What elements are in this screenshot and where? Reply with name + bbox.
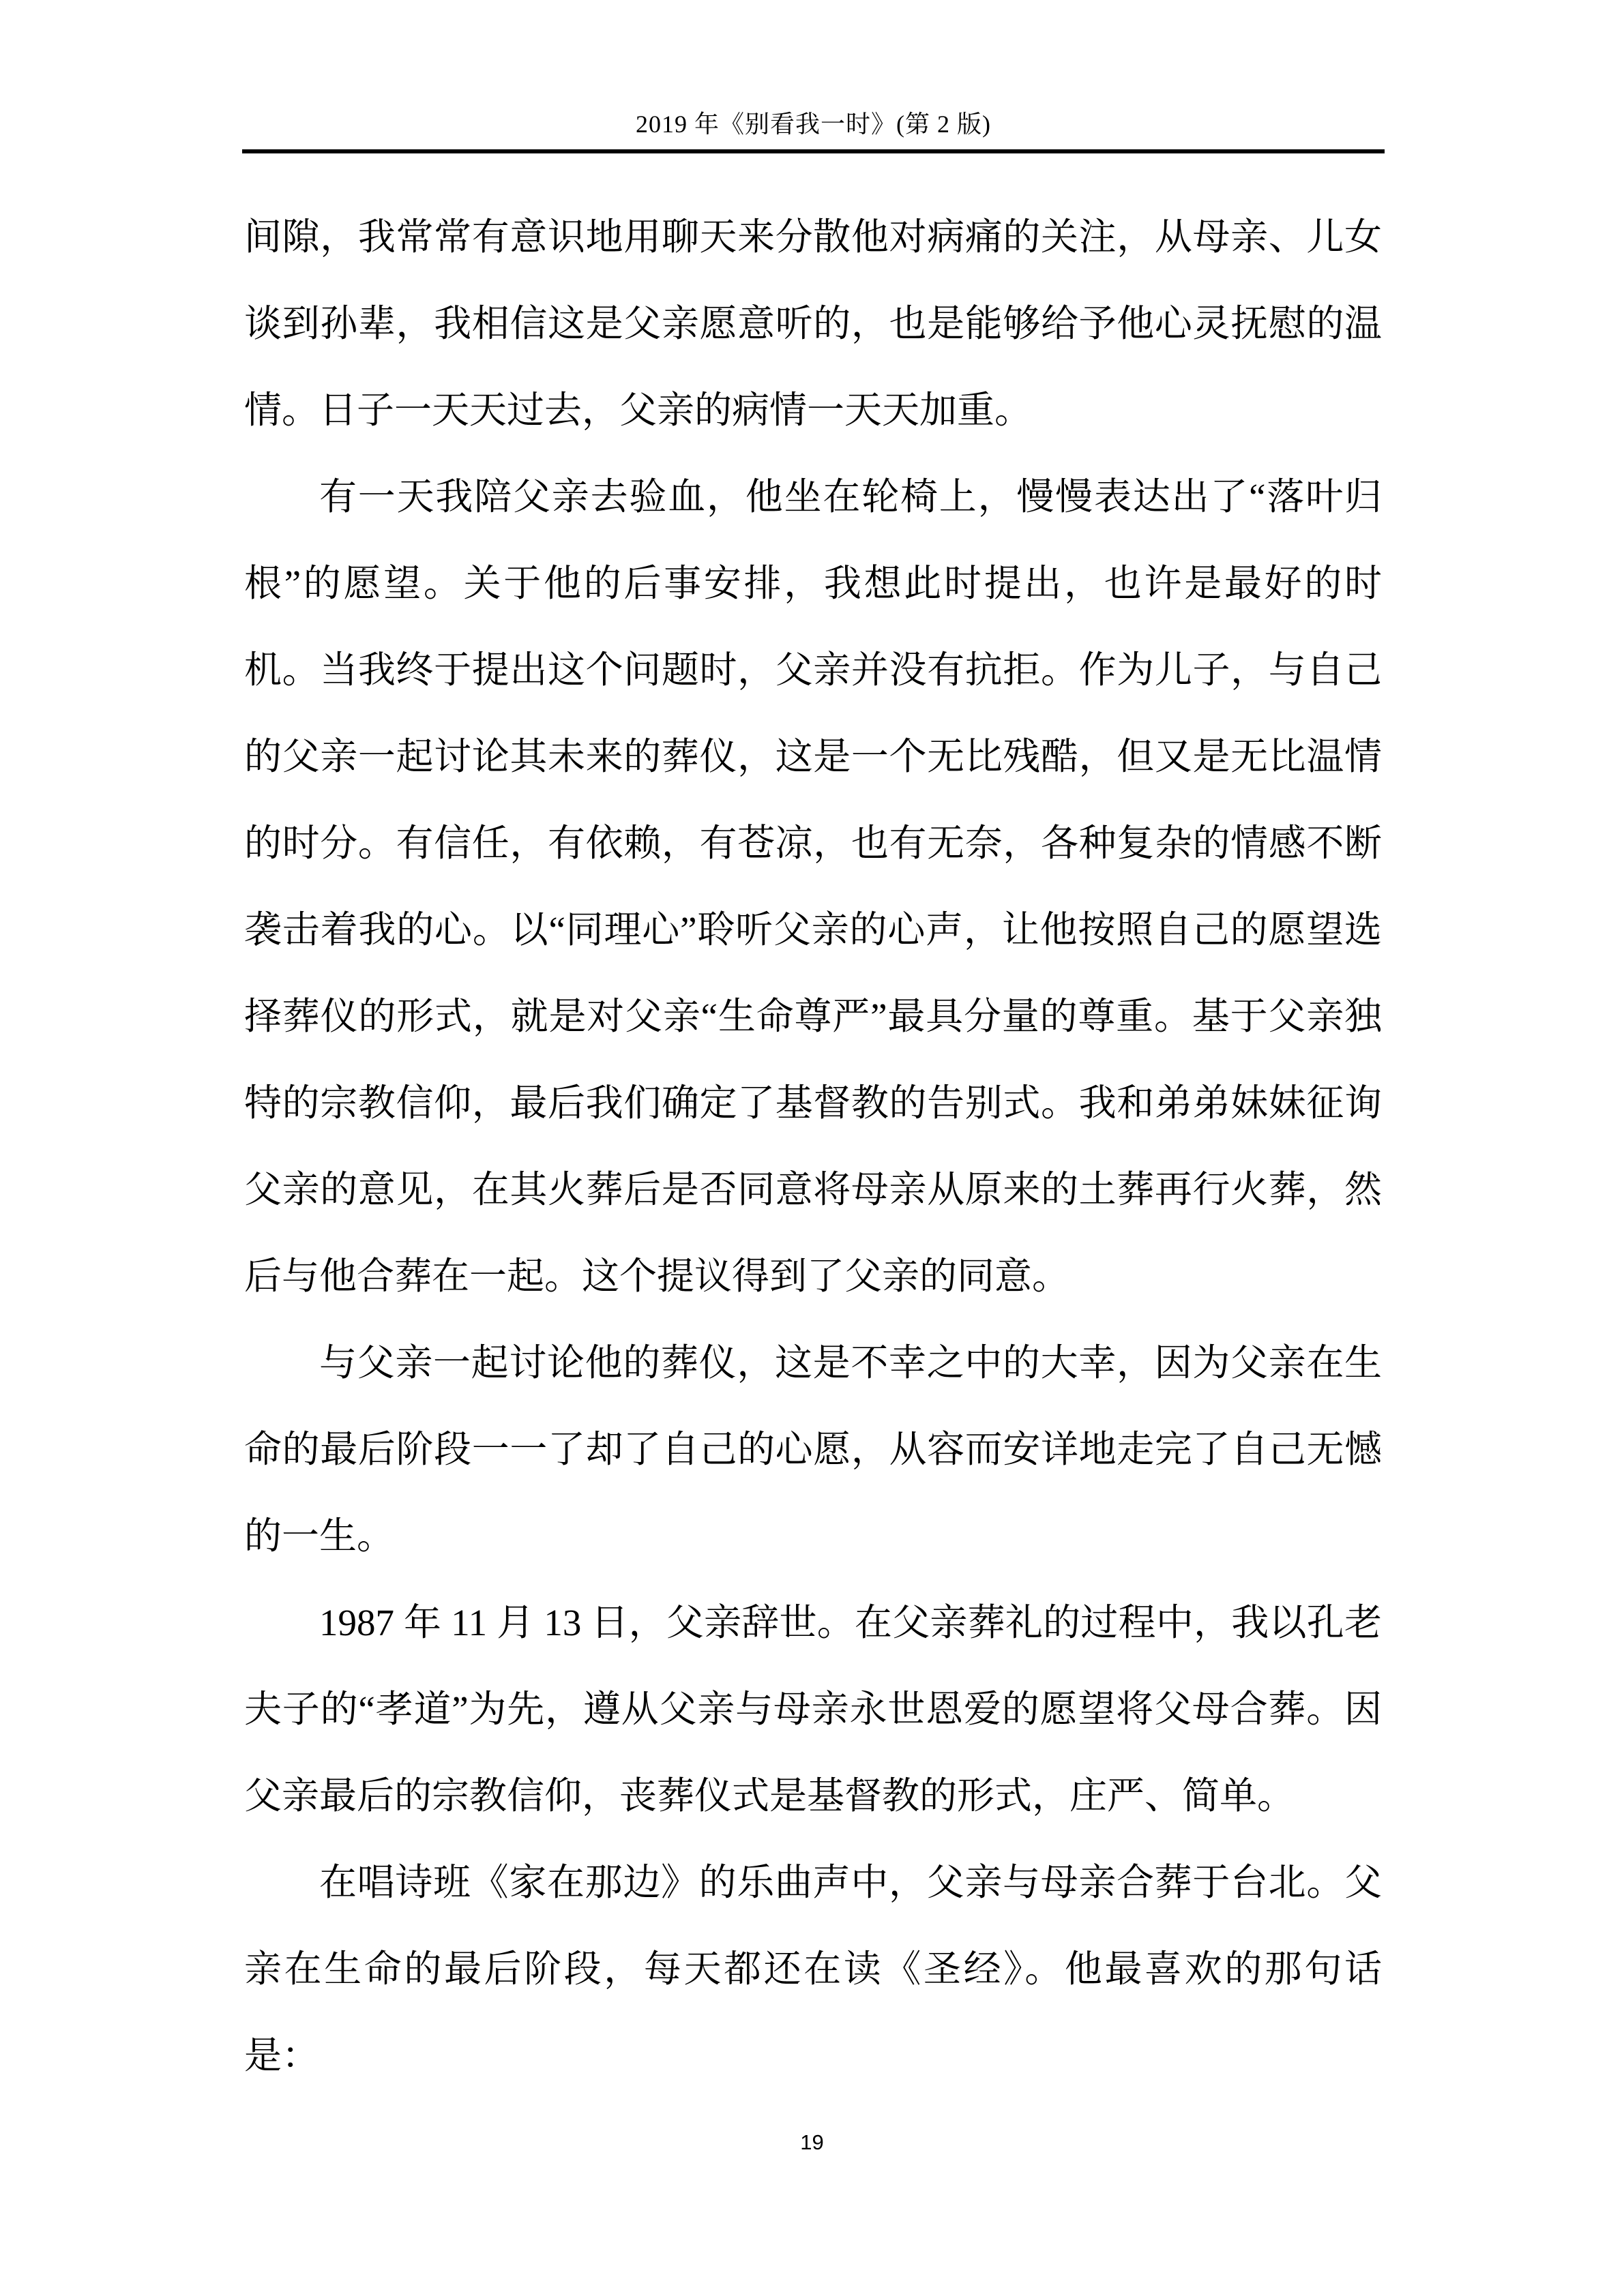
- header-rule: [242, 149, 1385, 153]
- paragraph: 与父亲一起讨论他的葬仪，这是不幸之中的大幸，因为父亲在生命的最后阶段一一了却了自…: [244, 1320, 1382, 1579]
- paragraph: 在唱诗班《家在那边》的乐曲声中，父亲与母亲合葬于台北。父亲在生命的最后阶段，每天…: [244, 1839, 1382, 2099]
- page-number: 19: [800, 2130, 823, 2154]
- document-body: 间隙，我常常有意识地用聊天来分散他对病痛的关注，从母亲、儿女谈到孙辈，我相信这是…: [244, 194, 1382, 2099]
- paragraph: 有一天我陪父亲去验血，他坐在轮椅上，慢慢表达出了“落叶归根”的愿望。关于他的后事…: [244, 453, 1382, 1320]
- page-footer: 19: [0, 2129, 1624, 2156]
- paragraph: 1987 年 11 月 13 日，父亲辞世。在父亲葬礼的过程中，我以孔老夫子的“…: [244, 1579, 1382, 1839]
- page-header: 2019 年《别看我一时》(第 2 版): [242, 108, 1385, 153]
- paragraph: 间隙，我常常有意识地用聊天来分散他对病痛的关注，从母亲、儿女谈到孙辈，我相信这是…: [244, 194, 1382, 453]
- header-title: 2019 年《别看我一时》(第 2 版): [242, 108, 1385, 141]
- document-page: 2019 年《别看我一时》(第 2 版) 间隙，我常常有意识地用聊天来分散他对病…: [0, 0, 1624, 2296]
